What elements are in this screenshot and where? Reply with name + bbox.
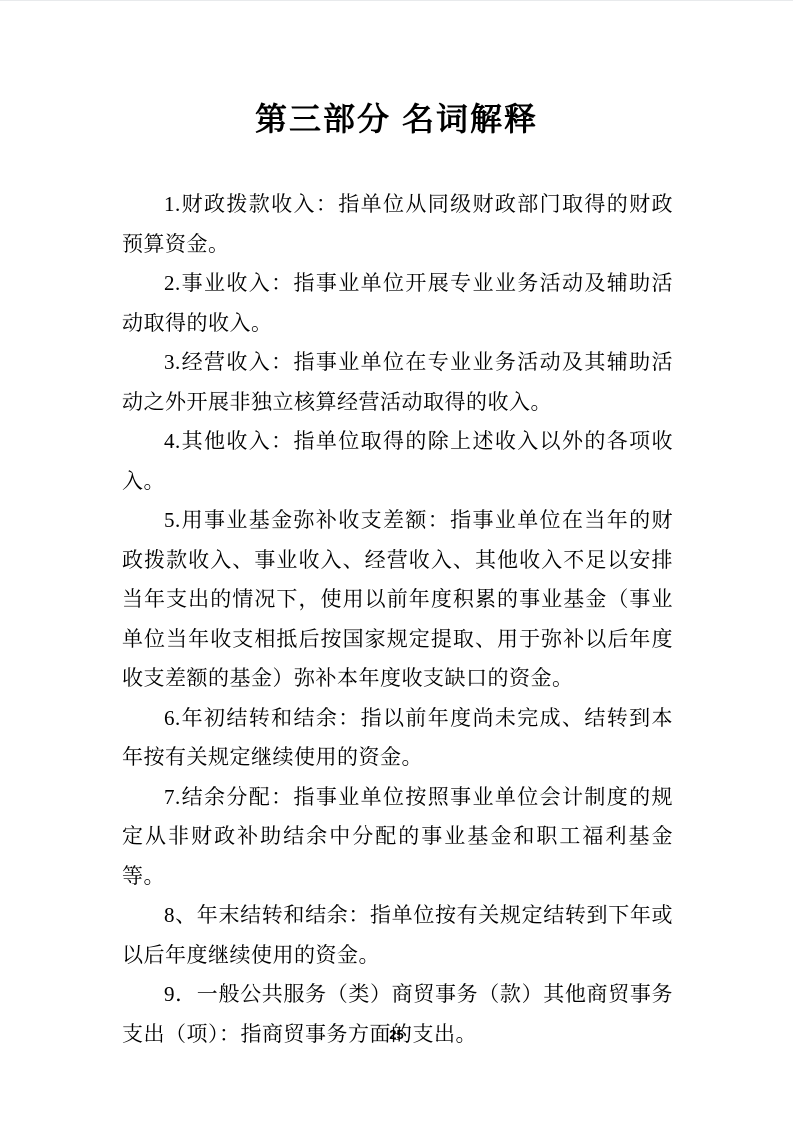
document-page: 第三部分 名词解释 1.财政拨款收入：指单位从同级财政部门取得的财政预算资金。2… (0, 0, 793, 1122)
page-title: 第三部分 名词解释 (0, 1, 793, 141)
glossary-item: 7.结余分配：指事业单位按照事业单位会计制度的规定从非财政补助结余中分配的事业基… (122, 778, 673, 897)
glossary-item: 5.用事业基金弥补收支差额：指事业单位在当年的财政拨款收入、事业收入、经营收入、… (122, 501, 673, 699)
glossary-item: 4.其他收入：指单位取得的除上述收入以外的各项收入。 (122, 422, 673, 501)
glossary-list: 1.财政拨款收入：指单位从同级财政部门取得的财政预算资金。2.事业收入：指事业单… (122, 185, 673, 1054)
glossary-item: 2.事业收入：指事业单位开展专业业务活动及辅助活动取得的收入。 (122, 264, 673, 343)
glossary-item: 8、年末结转和结余：指单位按有关规定结转到下年或以后年度继续使用的资金。 (122, 896, 673, 975)
page-number: 25 (0, 1027, 793, 1042)
glossary-item: 6.年初结转和结余：指以前年度尚未完成、结转到本年按有关规定继续使用的资金。 (122, 699, 673, 778)
glossary-item: 9．一般公共服务（类）商贸事务（款）其他商贸事务支出（项）：指商贸事务方面的支出… (122, 975, 673, 1054)
glossary-item: 3.经营收入：指事业单位在专业业务活动及其辅助活动之外开展非独立核算经营活动取得… (122, 343, 673, 422)
glossary-item: 1.财政拨款收入：指单位从同级财政部门取得的财政预算资金。 (122, 185, 673, 264)
